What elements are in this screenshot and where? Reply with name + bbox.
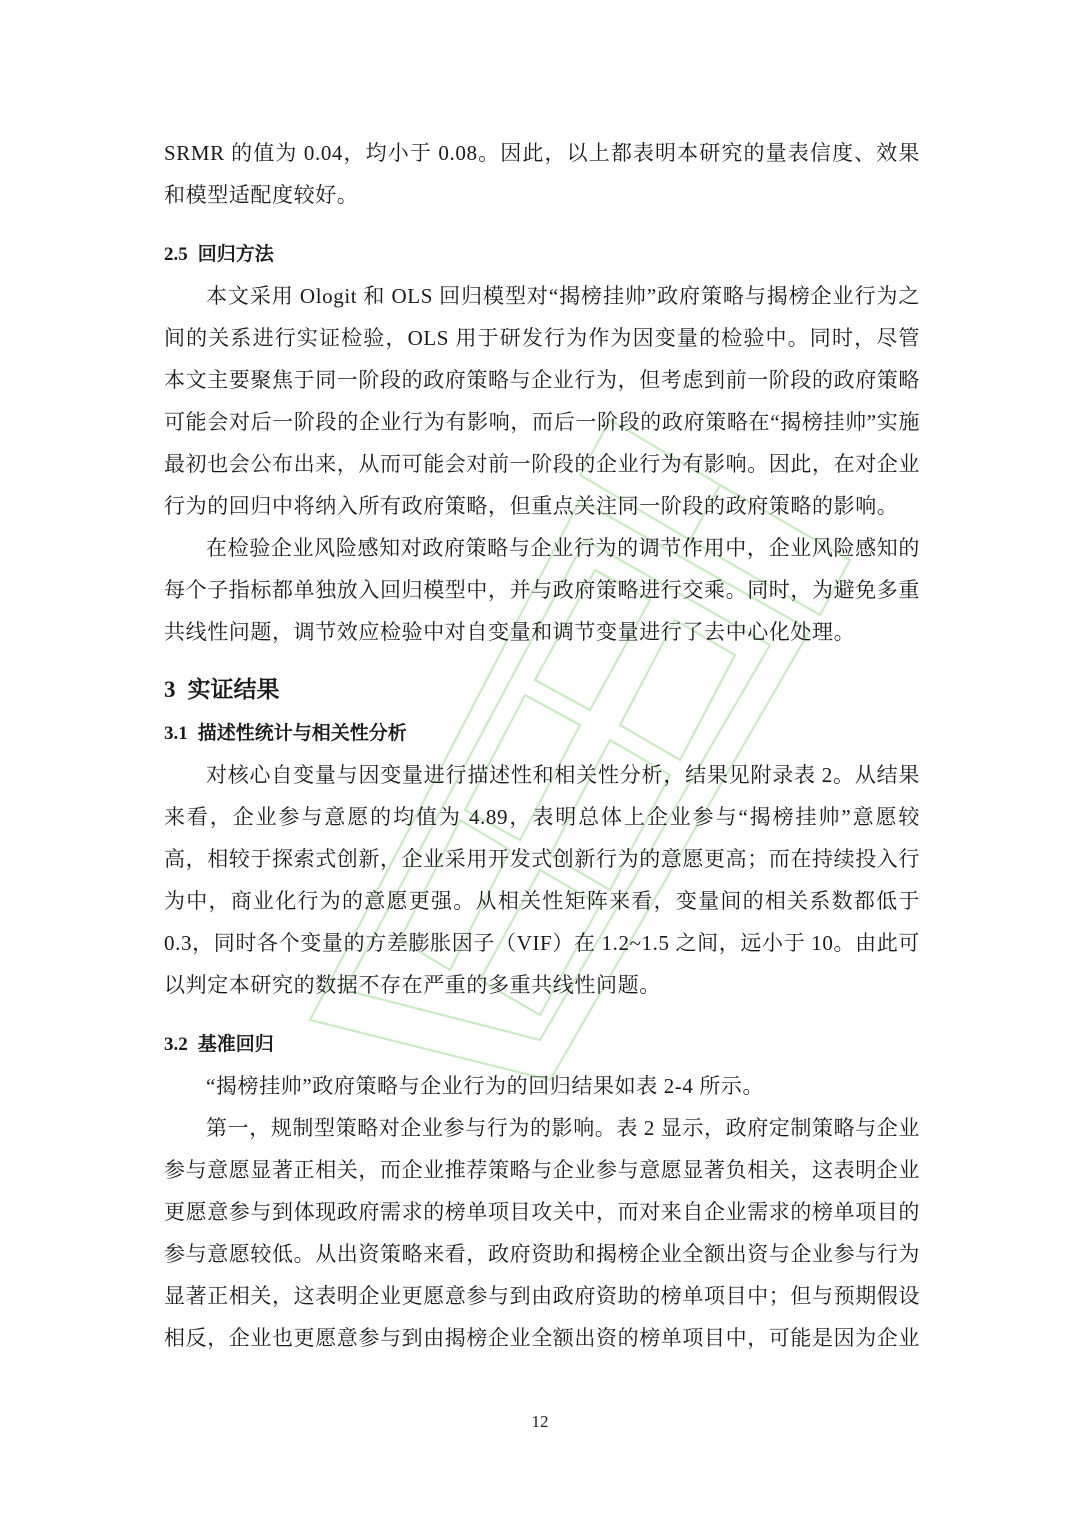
paragraph: 对核心自变量与因变量进行描述性和相关性分析，结果见附录表 2。从结果来看，企业参… <box>164 754 920 1006</box>
section-title: 实证结果 <box>188 677 280 703</box>
paragraph: 第一，规制型策略对企业参与行为的影响。表 2 显示，政府定制策略与企业参与意愿显… <box>164 1107 920 1359</box>
paragraph: “揭榜挂帅”政府策略与企业行为的回归结果如表 2-4 所示。 <box>164 1065 920 1107</box>
document-page: SRMR 的值为 0.04，均小于 0.08。因此，以上都表明本研究的量表信度、… <box>0 0 1080 1526</box>
section-heading-2-5: 2.5回归方法 <box>164 234 920 275</box>
section-heading-3-1: 3.1描述性统计与相关性分析 <box>164 713 920 754</box>
section-heading-3: 3实证结果 <box>164 667 920 713</box>
paragraph: 本文采用 Ologit 和 OLS 回归模型对“揭榜挂帅”政府策略与揭榜企业行为… <box>164 275 920 527</box>
section-title: 回归方法 <box>198 243 274 265</box>
section-number: 3.1 <box>164 723 188 744</box>
section-title: 描述性统计与相关性分析 <box>198 722 407 744</box>
document-body: SRMR 的值为 0.04，均小于 0.08。因此，以上都表明本研究的量表信度、… <box>164 132 920 1359</box>
section-heading-3-2: 3.2基准回归 <box>164 1024 920 1065</box>
section-title: 基准回归 <box>198 1033 274 1055</box>
section-number: 3 <box>164 677 176 702</box>
section-number: 2.5 <box>164 244 188 265</box>
section-number: 3.2 <box>164 1034 188 1055</box>
page-number: 12 <box>0 1412 1080 1432</box>
paragraph: 在检验企业风险感知对政府策略与企业行为的调节作用中，企业风险感知的每个子指标都单… <box>164 527 920 653</box>
intro-paragraph: SRMR 的值为 0.04，均小于 0.08。因此，以上都表明本研究的量表信度、… <box>164 132 920 216</box>
